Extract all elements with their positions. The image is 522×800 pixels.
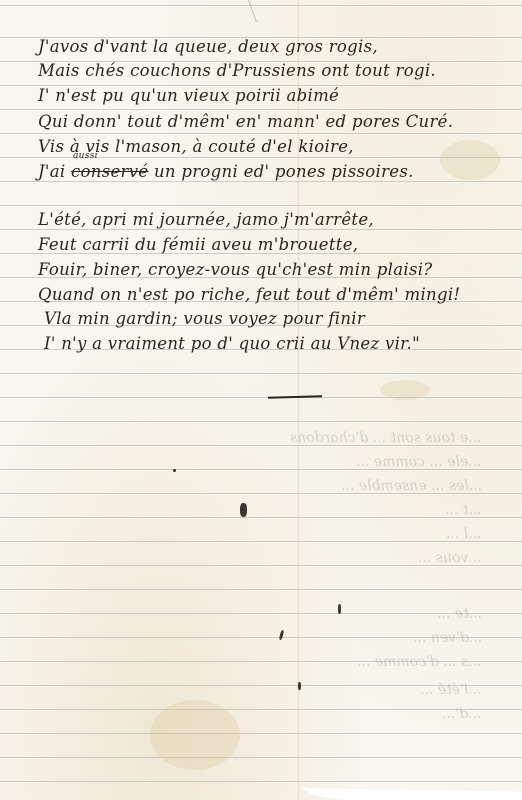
bleed-through-text: ...d'... xyxy=(442,706,482,722)
verse-line-with-correction: J'ai conservéaussi un progni ed' pones p… xyxy=(38,162,414,181)
paper-stain xyxy=(150,700,240,770)
verse-line: J'avos d'vant la queue, deux gros rogis, xyxy=(38,37,378,56)
ink-blot xyxy=(240,503,247,517)
inserted-word: aussi xyxy=(73,151,98,161)
bleed-through-text: ...vous ... xyxy=(418,550,482,566)
manuscript-page: ...e tous sont ... d'chardons ...ele ...… xyxy=(0,0,522,800)
verse-line: Mais chés couchons d'Prussiens ont tout … xyxy=(38,61,436,80)
verse-line: Vla min gardin; vous voyez pour finir xyxy=(44,309,365,328)
verse-line: I' n'est pu qu'un vieux poirii abimé xyxy=(38,86,339,105)
bleed-through-text: ...ele ... comme ... xyxy=(356,454,482,470)
paper-tear-bottom xyxy=(300,788,522,800)
verse-text: un progni ed' pones pissoires. xyxy=(148,162,413,181)
struck-word: conservéaussi xyxy=(71,162,148,181)
end-divider-stroke xyxy=(268,395,322,398)
ink-blot xyxy=(173,469,176,472)
verse-line: Qui donn' tout d'mêm' en' mann' ed pores… xyxy=(38,112,453,131)
bleed-through-text: ...te ... xyxy=(437,606,482,622)
bleed-through-text: ...l ... xyxy=(446,526,482,542)
paper-tear-top xyxy=(224,0,257,22)
bleed-through-text: ...d'ven ... xyxy=(413,630,482,646)
bleed-through-text: ...e tous sont ... d'chardons xyxy=(290,430,482,446)
bleed-through-text: ...les ... ensemble ... xyxy=(341,478,482,494)
paper-stain xyxy=(380,380,430,400)
ink-blot xyxy=(279,630,284,640)
verse-line: Feut carrii du fémii aveu m'brouette, xyxy=(38,235,358,254)
bleed-through-text: ...t ... xyxy=(445,502,482,518)
verse-line: Quand on n'est po riche, feut tout d'mêm… xyxy=(38,285,460,304)
paper-stain xyxy=(440,140,500,180)
verse-line: I' n'y a vraiment po d' quo crii au Vnez… xyxy=(44,334,420,353)
ink-blot xyxy=(298,682,301,690)
verse-text: J'ai xyxy=(38,162,71,181)
ink-blot xyxy=(338,604,341,614)
verse-line: Fouir, biner, croyez-vous qu'ch'est min … xyxy=(38,260,432,279)
struck-word-text: conservé xyxy=(71,162,148,181)
bleed-through-text: ...l'été ... xyxy=(420,682,482,698)
verse-line: L'été, apri mi journée, jamo j'm'arrête, xyxy=(38,210,374,229)
bleed-through-text: ...s ... d'comme ... xyxy=(357,654,482,670)
